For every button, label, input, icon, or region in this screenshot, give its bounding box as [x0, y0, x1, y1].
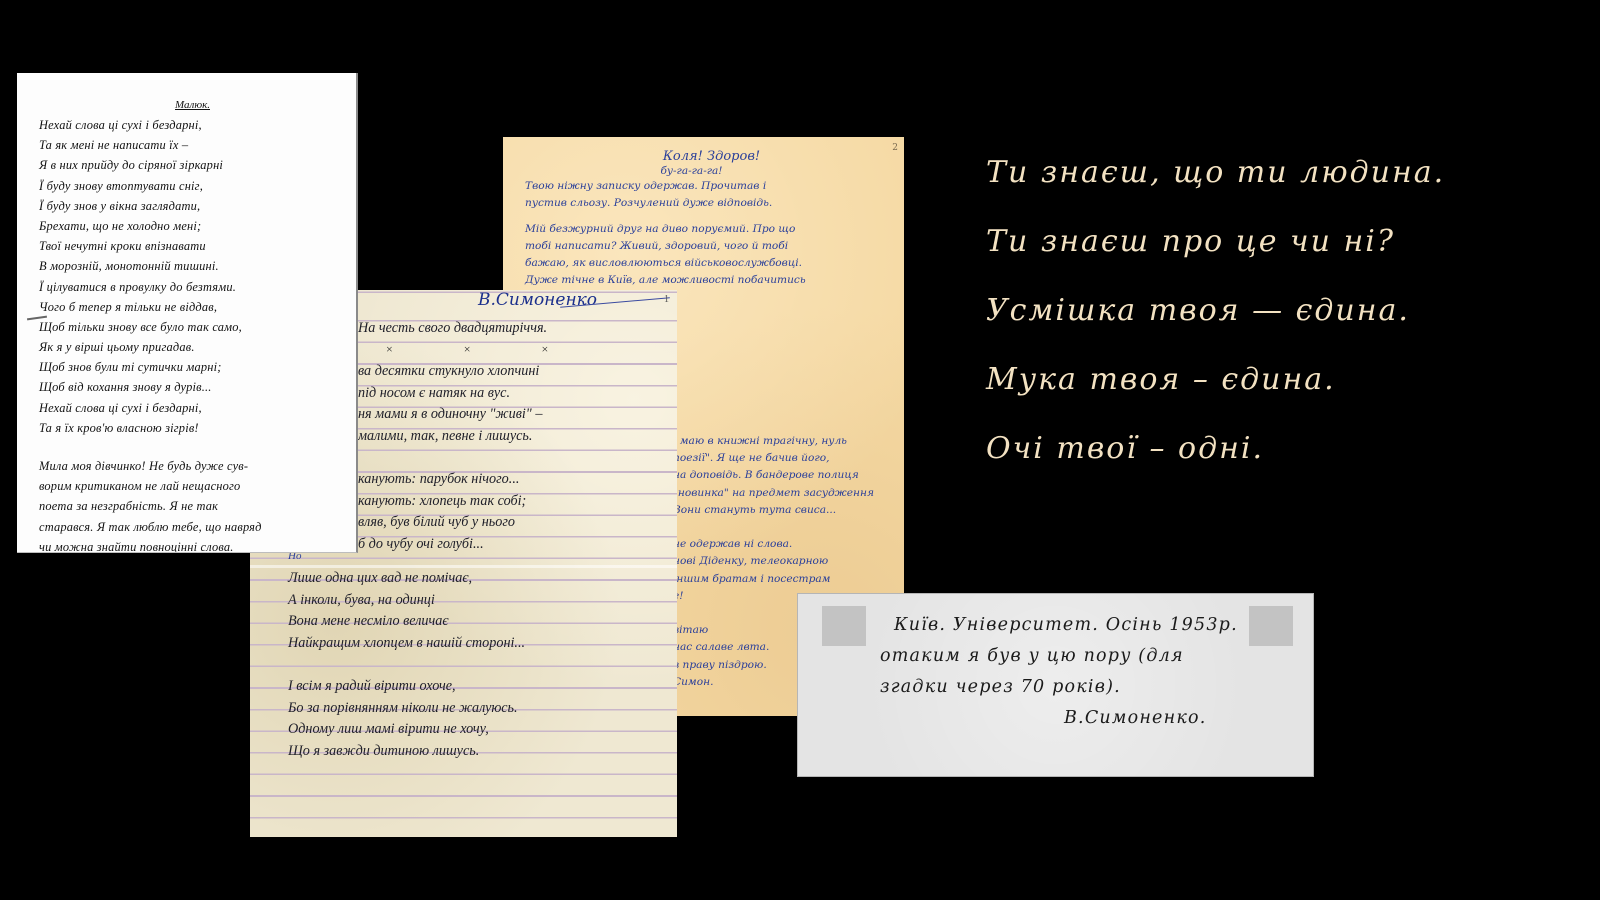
letter-line: на доповідь. В бандерове полиця — [673, 467, 901, 484]
poem-line: І всім я радий вірити охоче, — [288, 676, 525, 698]
poem-line: під носом є натяк на вус. — [358, 383, 547, 405]
inscription-line: Київ. Університет. Осінь 1953р. — [894, 610, 1313, 641]
poem-line: Бо за порівнянням ніколи не жалуюсь. — [288, 698, 525, 720]
poem-line: На честь свого двадцятиріччя. — [358, 318, 547, 340]
poem-gap — [288, 654, 525, 676]
inscription-signature: В.Симоненко. — [894, 703, 1313, 734]
poem-line: Вона мене несміло величає — [288, 611, 525, 633]
letter-line: і маю в книжні трагічну, нуль — [673, 433, 901, 450]
poem-line: Очі твої – одні. — [986, 414, 1445, 483]
poem-line: малими, так, певне і лишусь. — [358, 426, 547, 448]
letter-line: нові Діденку, телеокарною — [673, 553, 901, 570]
poem-stanza-2: Лише одна цих вад не помічає, А інколи, … — [288, 568, 525, 762]
note-line: чи можна знайти повноцінні слова. — [39, 537, 346, 553]
poem-line: Усмішка твоя — єдина. — [986, 276, 1445, 345]
poem-line: ня мами я в одиночну "живі" – — [358, 404, 547, 426]
letter-line: поезії". Я ще не бачив його, — [673, 450, 901, 467]
poem-line: Ти знаєш, що ти людина. — [986, 138, 1445, 207]
poem-line: Ї буду знов у вікна заглядати, — [39, 196, 346, 216]
handwritten-poem: Ти знаєш, що ти людина. Ти знаєш про це … — [986, 138, 1445, 483]
letter-line: тобі написати? Живий, здоровий, чого й т… — [525, 238, 898, 255]
poem-line: Що я завжди дитиною лишусь. — [288, 741, 525, 763]
poem-line: Одному лиш мамі вірити не хочу, — [288, 719, 525, 741]
poem-line: Брехати, що не холодно мені; — [39, 216, 346, 236]
poem-line: Ї цілуватися в провулку до безтями. — [39, 277, 346, 297]
poem-line: Чого б тепер я тільки не віддав, — [39, 297, 346, 317]
poem-line: Та як мені не написати їх – — [39, 135, 346, 155]
poem-line: Нехай слова ці сухі і бездарні, — [39, 115, 346, 135]
poem-line: Найкращим хлопцем в нашій стороні... — [288, 633, 525, 655]
poem-line: Я в них прийду до сіряної зіркарні — [39, 155, 346, 175]
poem-line: Щоб тільки знову все було так само, — [39, 317, 346, 337]
tape-mark — [822, 606, 866, 646]
letter-line: Дуже тічне в Київ, але можливості побачи… — [525, 272, 898, 289]
poem-line: вляв, був білий чуб у нього — [358, 512, 547, 534]
inscription-line: отаким я був у цю пору (для — [880, 641, 1313, 672]
poem-stanza-1: На честь свого двадцятиріччя. ва десятки… — [358, 318, 547, 556]
poem-line: Нехай слова ці сухі і бездарні, — [39, 398, 346, 418]
poem-line: Мука твоя – єдина. — [986, 345, 1445, 414]
letter-line: не одержав ні слова. — [673, 536, 901, 553]
author-signature: В.Симоненко — [478, 290, 597, 310]
letter-line: "новинка" на предмет засудження — [673, 485, 901, 502]
inscription-line: згадки через 70 років). — [880, 672, 1313, 703]
letter-line: пустив сльозу. Розчулений дуже відповідь… — [525, 195, 898, 212]
poem-line: канують: парубок нічого... — [358, 469, 547, 491]
letter-subheading: бу-га-га-га! — [503, 165, 898, 178]
poem-line: Щоб знов були ті сутички марні; — [39, 357, 346, 377]
letter-line: Мій безжурний друг на диво поруємий. Про… — [525, 221, 898, 238]
poem-line: А інколи, бува, на одинці — [288, 590, 525, 612]
note-line: поета за незграбність. Я не так — [39, 496, 346, 516]
page-mark: 1 — [664, 294, 669, 305]
poem-line: Як я у вірші цьому пригадав. — [39, 337, 346, 357]
letter-line: іншим братам і посестрам — [673, 571, 901, 588]
note-line: ворим критиканом не лай нещасного — [39, 476, 346, 496]
poem-line: Щоб від кохання знову я дурів... — [39, 377, 346, 397]
note-line: Мила моя дівчинко! Не будь дуже сув- — [39, 456, 346, 476]
poem-line: Ї буду знову втоптувати сніг, — [39, 176, 346, 196]
page-number: 2 — [892, 143, 898, 153]
letter-line: Твою ніжну записку одержав. Прочитав і — [525, 178, 898, 195]
poem-gap — [358, 448, 547, 470]
poem-line: канують: хлопець так собі; — [358, 491, 547, 513]
letter-line: бажаю, як висловлюються військовослужбов… — [525, 255, 898, 272]
poem-gap — [358, 340, 547, 362]
poem-line: Лише одна цих вад не помічає, — [288, 568, 525, 590]
note-line: старався. Я так люблю тебе, що навряд — [39, 517, 346, 537]
manuscript-title: Малюк. — [39, 99, 346, 111]
letter-heading: Коля! Здоров! — [525, 149, 898, 165]
poem-line: В морозній, монотонній тишині. — [39, 256, 346, 276]
photo-back-inscription: Київ. Університет. Осінь 1953р. отаким я… — [797, 593, 1314, 777]
poem-line: Твої нечутні кроки впізнавати — [39, 236, 346, 256]
poem-line: Та я їх кров'ю власною зігрів! — [39, 418, 346, 438]
letter-gap — [673, 519, 901, 536]
poem-line: Ти знаєш про це чи ні? — [986, 207, 1445, 276]
poem-line: б до чубу очі голубі... — [358, 534, 547, 556]
letter-line: Вони стануть тута свиса... — [673, 502, 901, 519]
poem-line: ва десятки стукнуло хлопчині — [358, 361, 547, 383]
white-manuscript: Малюк. Нехай слова ці сухі і бездарні, Т… — [17, 73, 358, 553]
